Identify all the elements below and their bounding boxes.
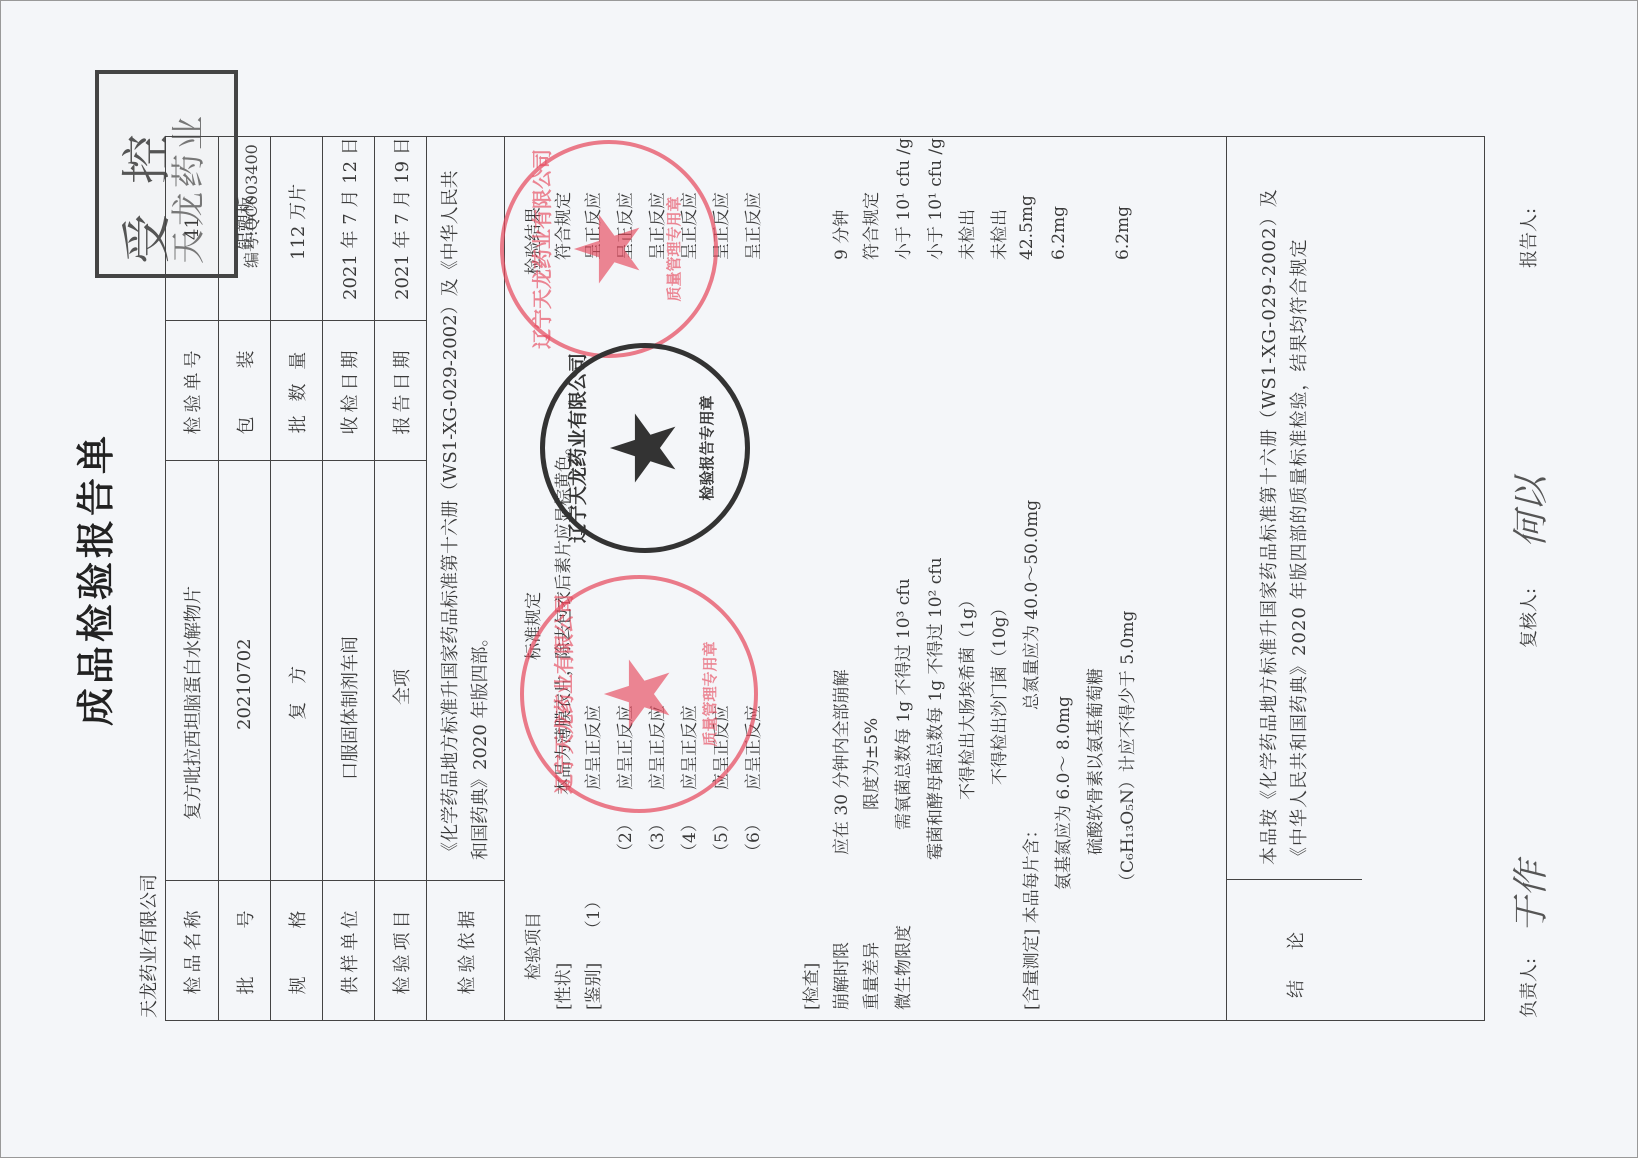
field-report-date: 2021 年 7 月 19 日	[375, 135, 426, 320]
test-standard: 限度为±5%	[857, 718, 882, 810]
test-item: [鉴别] （1）	[579, 892, 604, 1010]
star-icon: ★	[594, 654, 684, 735]
seal-text: 质量管理专用章	[699, 642, 720, 747]
company-name: 天龙药业有限公司	[135, 874, 161, 1018]
test-item: [检查]	[797, 963, 822, 1010]
field-label: 检验项目	[375, 880, 426, 1020]
test-item: 崩解时限	[827, 942, 852, 1010]
test-item: 微生物限度	[889, 925, 914, 1010]
field-label: 规 格	[271, 880, 322, 1020]
test-standard: 总氮量应为 40.0～50.0mg	[1017, 500, 1042, 710]
field-row: 规 格 复 方 批 数 量 112 万片	[270, 137, 322, 1020]
reviewer-label: 复核人:	[1515, 588, 1541, 648]
test-result: 小于 10¹ cfu /g	[921, 138, 946, 260]
test-result: 符合规定	[857, 192, 882, 260]
test-result: 未检出	[953, 209, 978, 260]
field-label: 检验单号	[166, 320, 218, 460]
field-product-name: 复方吡拉西坦脑蛋白水解物片	[166, 460, 218, 880]
conclusion-row: 结论 本品按《化学药品地方标准升国家药品标准第十六册（WS1-XG-029-20…	[1226, 137, 1486, 1020]
field-label: 检验依据	[427, 880, 504, 1020]
field-row: 检验依据 《化学药品地方标准升国家药品标准第十六册（WS1-XG-029-200…	[426, 137, 504, 1020]
field-row: 供样单位 口服固体制剂车间 收检日期 2021 年 7 月 12 日	[322, 137, 374, 1020]
field-label: 批 数 量	[271, 320, 322, 460]
test-item: [含量测定] 本品每片含：	[1017, 821, 1042, 1010]
red-quality-seal-top: ★ 辽宁天龙药业有限公司 质量管理专用章	[500, 140, 718, 358]
field-label: 包 装	[219, 320, 270, 460]
test-result: 6.2mg	[1049, 206, 1069, 260]
test-item: （2）	[611, 815, 636, 860]
test-item: （3）	[643, 815, 668, 860]
field-label: 供样单位	[323, 880, 374, 1020]
field-supplier-unit: 口服固体制剂车间	[323, 460, 374, 880]
black-inspection-seal: ★ 辽宁天龙药业有限公司 检验报告专用章	[540, 343, 750, 553]
field-row: 检品名称 复方吡拉西坦脑蛋白水解物片 检验单号 41	[166, 137, 218, 1020]
test-item: [性状]	[549, 963, 574, 1010]
test-standard: 霉菌和酵母菌总数每 1g 不得过 10² cfu	[921, 557, 946, 860]
test-item: （6）	[739, 815, 764, 860]
test-standard: 应在 30 分钟内全部崩解	[827, 670, 852, 855]
responsible-signature: 于作	[1503, 861, 1554, 933]
field-label: 报告日期	[375, 320, 426, 460]
seal-text: 辽宁天龙药业有限公司	[563, 353, 590, 543]
test-standard: 硫酸软骨素以氨基葡萄糖	[1081, 668, 1106, 855]
star-icon: ★	[564, 209, 654, 290]
conclusion-label: 结论	[1227, 879, 1362, 1020]
test-standard: 氨基氮应为 6.0～ 8.0mg	[1049, 696, 1074, 890]
report-page: 成品检验报告单 受控 天龙药业 编号:QC003400 天龙药业有限公司 检品名…	[0, 0, 1638, 1158]
star-icon: ★	[600, 408, 690, 489]
test-result: 6.2mg	[1113, 206, 1133, 260]
test-standard: 需氧菌总数每 1g 不得过 10³ cfu	[889, 578, 914, 830]
field-specification: 复 方	[271, 460, 322, 880]
field-received-date: 2021 年 7 月 12 日	[323, 135, 374, 320]
field-row: 批 号 20210702 包 装 铝塑板	[218, 137, 270, 1020]
test-result: 呈正反应	[739, 192, 764, 260]
reporter-label: 报告人:	[1515, 208, 1541, 268]
field-packaging: 铝塑板	[219, 135, 270, 320]
seal-text: 辽宁天龙药业有限公司	[526, 149, 555, 349]
field-batch-number: 20210702	[219, 460, 270, 880]
responsible-label: 负责人:	[1515, 958, 1541, 1018]
column-header-item: 检验项目	[519, 912, 544, 980]
seal-text: 辽宁天龙药业有限公司	[548, 594, 577, 794]
field-report-number: 41	[166, 135, 218, 320]
test-result: 9 分钟	[827, 210, 852, 260]
report-table: 检品名称 复方吡拉西坦脑蛋白水解物片 检验单号 41 批 号 20210702 …	[165, 136, 1485, 1021]
field-row: 检验项目 全项 报告日期 2021 年 7 月 19 日	[374, 137, 426, 1020]
field-batch-quantity: 112 万片	[271, 135, 322, 320]
field-label: 检品名称	[166, 880, 218, 1020]
test-item: （4）	[675, 815, 700, 860]
field-label: 批 号	[219, 880, 270, 1020]
test-item: （5）	[707, 815, 732, 860]
test-standard: 不得检出大肠埃希菌（1g）	[953, 591, 978, 800]
test-result: 小于 10¹ cfu /g	[889, 138, 914, 260]
test-item: 重量差异	[857, 942, 882, 1010]
seal-text: 检验报告专用章	[696, 396, 717, 501]
red-quality-seal-bottom: ★ 辽宁天龙药业有限公司 质量管理专用章	[520, 575, 758, 813]
field-test-scope: 全项	[375, 460, 426, 880]
test-standard: 不得检出沙门菌（10g）	[985, 599, 1010, 785]
reviewer-signature: 何以	[1503, 476, 1554, 548]
test-standard: （C₆H₁₃O₅N）计应不得少于 5.0mg	[1113, 611, 1138, 890]
field-test-basis: 《化学药品地方标准升国家药品标准第十六册（WS1-XG-029-2002）及《中…	[427, 135, 504, 880]
test-result: 未检出	[985, 209, 1010, 260]
test-result: 42.5mg	[1017, 195, 1037, 260]
field-label: 收检日期	[323, 320, 374, 460]
conclusion-text: 本品按《化学药品地方标准升国家药品标准第十六册（WS1-XG-029-2002）…	[1255, 157, 1315, 865]
seal-text: 质量管理专用章	[663, 197, 684, 302]
